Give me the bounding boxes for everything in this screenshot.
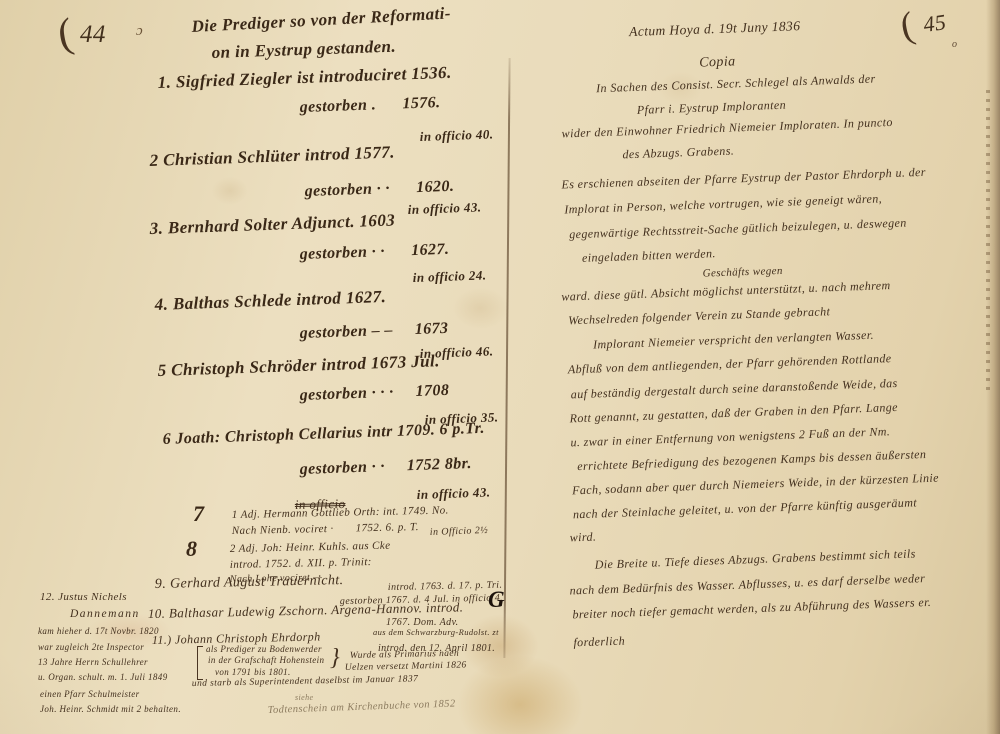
protocol-line: breiter noch tiefer gemacht werden, als … xyxy=(572,596,931,621)
protocol-line: des Abzugs. Grabens. xyxy=(622,144,734,160)
protocol-line: Geschäfts wegen xyxy=(702,266,783,280)
register-entry-line: und starb als Superintendent daselbst im… xyxy=(192,675,419,689)
margin-note-line: war zugleich 2te Inspector xyxy=(38,643,144,652)
register-title-line: Die Prediger so von der Reformati- xyxy=(191,4,451,35)
officio-line: in officio 40. xyxy=(420,127,494,143)
officio-line: in officio 43. xyxy=(408,200,482,216)
entry-numeral-7: 7 xyxy=(193,503,204,525)
flourish-mark: ɔ xyxy=(136,24,143,39)
margin-note-line: Joh. Heinr. Schmidt mit 2 behalten. xyxy=(40,705,181,714)
entry-numeral-8: 8 xyxy=(186,538,197,560)
book-binding-strip xyxy=(0,0,40,734)
protocol-line: u. zwar in einer Entfernung von wenigste… xyxy=(570,425,890,448)
officio-line: in officio 24. xyxy=(413,268,487,284)
margin-note-line: Dannemann xyxy=(70,609,140,621)
protocol-line: Implorant Niemeier verspricht den verlan… xyxy=(593,329,874,351)
protocol-line: auf beständig dergestalt durch seine dar… xyxy=(571,377,898,400)
register-entry-line: gestorben – – 1673 xyxy=(299,321,448,342)
right-page-text-block: Actum Hoya d. 19t Juny 1836 Copia In Sac… xyxy=(545,0,1000,734)
bracket-mark xyxy=(197,646,203,680)
bracketed-note-line: in der Grafschaft Hohenstein xyxy=(208,656,324,665)
margin-note-line: 12. Justus Nichels xyxy=(40,592,127,603)
page-number-left: 44 xyxy=(80,22,106,47)
register-entry-line: gestorben · · 1627. xyxy=(299,242,449,263)
adjunct-entry-line: 2 Adj. Joh: Heinr. Kuhls. aus Cke xyxy=(230,541,391,555)
ink-blot-initial: G xyxy=(488,588,505,611)
pencil-note-line: siehe xyxy=(295,694,313,702)
ruled-margin-line xyxy=(503,58,510,658)
protocol-line: errichtete Befriedigung des bezogenen Ka… xyxy=(577,448,926,472)
protocol-line: wider den Einwohner Friedrich Niemeier I… xyxy=(561,116,893,140)
register-entry-line: 3. Bernhard Solter Adjunct. 1603 xyxy=(149,211,395,237)
adjunct-entry-line: 1 Adj. Hermann Gottlieb Orth: int. 1749.… xyxy=(232,505,449,521)
protocol-line: forderlich xyxy=(573,635,625,649)
protocol-line: Pfarr i. Eystrup Imploranten xyxy=(637,99,787,116)
register-entry-line: 2 Christian Schlüter introd 1577. xyxy=(149,143,395,169)
protocol-line: Implorat in Person, welche vortrugen, wi… xyxy=(564,192,882,215)
protocol-line: ward. diese gütl. Absicht möglichst unte… xyxy=(561,279,891,302)
protocol-line: Die Breite u. Tiefe dieses Abzugs. Grabe… xyxy=(595,547,916,570)
register-entry-line: 6 Joath: Christoph Cellarius intr 1709. … xyxy=(162,421,485,448)
protocol-line: wird. xyxy=(570,531,597,544)
pencil-note-line: Todtenschein am Kirchenbuche von 1852 xyxy=(268,699,456,716)
register-entry-line: introd. 1763. d. 17. p. Tri. xyxy=(388,581,503,593)
officio-small-line: in Officio 2½ xyxy=(430,526,489,538)
bracketed-note-line: von 1791 bis 1801. xyxy=(215,668,291,677)
register-entry-line: Wurde als Primarius nach xyxy=(350,650,459,662)
officio-line: in officio 43. xyxy=(417,485,491,501)
register-entry-line: Uelzen versetzt Martini 1826 xyxy=(345,661,467,673)
closing-brace-mark: } xyxy=(330,646,340,670)
margin-note-line: einen Pfarr Schulmeister xyxy=(40,690,140,699)
protocol-line: In Sachen des Consist. Secr. Schlegel al… xyxy=(596,73,876,95)
protocol-line: nach der Steinlache geleitet, u. von der… xyxy=(573,496,917,520)
protocol-line: eingeladen bitten werden. xyxy=(582,247,716,264)
protocol-line: Es erschienen abseiten der Pfarre Eystru… xyxy=(561,166,926,191)
register-title-line: on in Eystrup gestanden. xyxy=(211,38,396,61)
margin-note-line: kam hieher d. 17t Novbr. 1820 xyxy=(38,627,159,636)
register-entry-line: 4. Balthas Schlede introd 1627. xyxy=(154,288,386,313)
protocol-line: nach dem Bedürfnis des Wasser. Abflusses… xyxy=(569,572,925,596)
register-entry-line: gestorben . 1576. xyxy=(299,95,440,116)
adjunct-entry-line: Nach Nienb. vociret · 1752. 6. p. T. xyxy=(232,522,419,537)
copia-heading: Copia xyxy=(699,55,736,70)
protocol-line: Wechselreden folgender Verein zu Stande … xyxy=(568,305,830,326)
dateline: Actum Hoya d. 19t Juny 1836 xyxy=(629,19,801,38)
register-entry-line: gestorben · · · 1708 xyxy=(299,383,449,404)
bracketed-note-line: als Prediger zu Bodenwerder xyxy=(206,645,322,654)
margin-note-line: 13 Jahre Herrn Schullehrer xyxy=(38,658,148,667)
register-entry-line: aus dem Schwarzburg-Rudolst. zt xyxy=(373,628,499,637)
page-number-paren-left: ( xyxy=(55,12,76,56)
register-entry-line: 5 Christoph Schröder introd 1673 Jul. xyxy=(157,352,440,379)
adjunct-entry-line: introd. 1752. d. XII. p. Trinit: xyxy=(230,557,372,571)
register-entry-line: 9. Gerhard August Trauernicht. xyxy=(155,574,344,592)
protocol-line: Abfluß von dem antliegenden, der Pfarr g… xyxy=(568,352,892,375)
protocol-line: Rott genannt, zu gestatten, daß der Grab… xyxy=(569,401,898,424)
margin-note-line: u. Organ. schult. m. 1. Juli 1849 xyxy=(38,673,168,682)
protocol-line: gegenwärtige Rechtsstreit-Sache gütlich … xyxy=(569,217,907,241)
register-entry-line: gestorben · · 1752 8br. xyxy=(299,456,472,478)
protocol-line: Fach, sodann aber quer durch Niemeiers W… xyxy=(572,472,939,497)
register-entry-line: gestorben · · 1620. xyxy=(304,179,454,200)
manuscript-spread: ( 44 ɔ Die Prediger so von der Reformati… xyxy=(0,0,1000,734)
register-entry-line: 1. Sigfried Ziegler ist introduciret 153… xyxy=(157,64,451,91)
